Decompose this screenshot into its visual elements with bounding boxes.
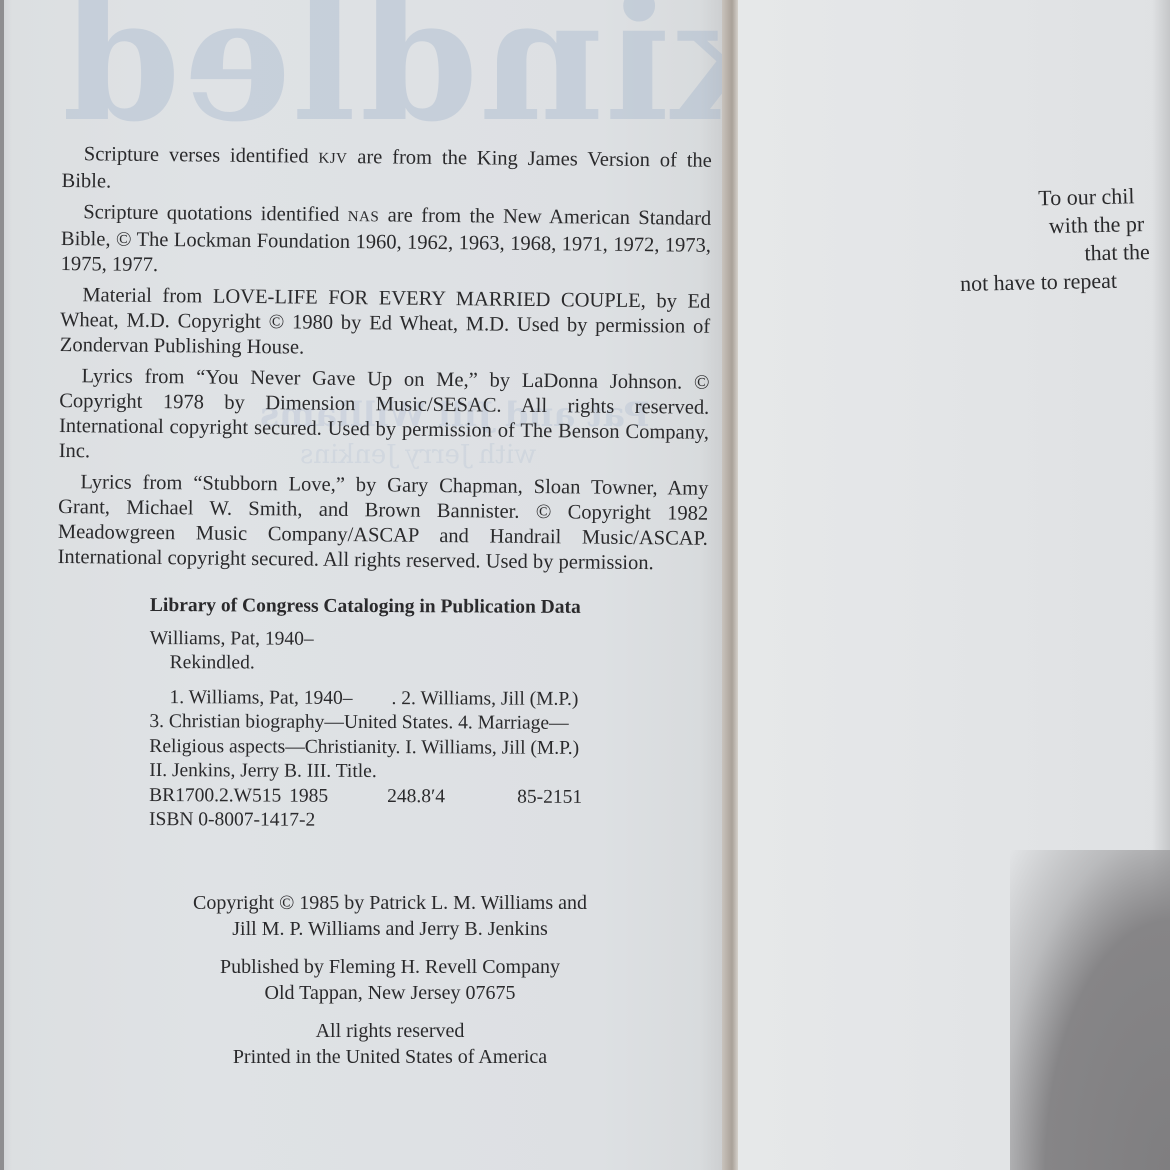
credit-you-never-gave-up: Lyrics from “You Never Gave Up on Me,” b…: [59, 364, 710, 471]
permissions-credits: Scripture verses identified KJV are from…: [57, 142, 712, 583]
cip-subject: Religious aspects—Christianity. I. Willi…: [149, 734, 649, 761]
cip-year: 1985: [289, 784, 387, 809]
cip-lccn: 85-2151: [517, 785, 582, 810]
credit-stubborn-love: Lyrics from “Stubborn Love,” by Gary Cha…: [58, 470, 709, 577]
bleed-through-title: Rekindled: [60, 0, 722, 160]
colophon: Copyright © 1985 by Patrick L. M. Willia…: [130, 890, 650, 1082]
corner-shadow: [1010, 850, 1170, 1170]
rights-notice: All rights reserved Printed in the Unite…: [130, 1018, 650, 1070]
cip-call-number: BR1700.2.W515: [149, 783, 289, 808]
credit-love-life: Material from LOVE-LIFE FOR EVERY MARRIE…: [60, 283, 711, 365]
page-edge: [0, 0, 4, 1170]
cip-book-title: Rekindled.: [150, 651, 650, 678]
cip-dewey: 248.8′4: [387, 785, 517, 810]
credit-kjv: Scripture verses identified KJV are from…: [61, 142, 712, 201]
copyright-notice: Copyright © 1985 by Patrick L. M. Willia…: [130, 890, 650, 942]
cip-subject: II. Jenkins, Jerry B. III. Title.: [149, 759, 649, 786]
dedication-text: To our chil with the pr that the not hav…: [958, 183, 1117, 298]
publisher-info: Published by Fleming H. Revell Company O…: [130, 954, 650, 1006]
cip-heading: Library of Congress Cataloging in Public…: [150, 594, 650, 621]
dedication-page: [738, 0, 1170, 1170]
cip-author: Williams, Pat, 1940–: [150, 626, 650, 653]
cip-classification: BR1700.2.W5151985248.8′485-2151: [149, 783, 649, 810]
book-gutter: [722, 0, 738, 1170]
credit-nas: Scripture quotations identified NAS are …: [61, 200, 712, 284]
cip-subject: 1. Williams, Pat, 1940– . 2. Williams, J…: [149, 685, 649, 712]
cataloging-in-publication-data: Library of Congress Cataloging in Public…: [149, 594, 650, 835]
book-spread: Rekindled Pat and Jill Williams with Jer…: [0, 0, 1170, 1170]
cip-isbn: ISBN 0-8007-1417-2: [149, 808, 649, 835]
cip-subject: 3. Christian biography—United States. 4.…: [149, 710, 649, 737]
copyright-page: Rekindled Pat and Jill Williams with Jer…: [0, 0, 722, 1170]
